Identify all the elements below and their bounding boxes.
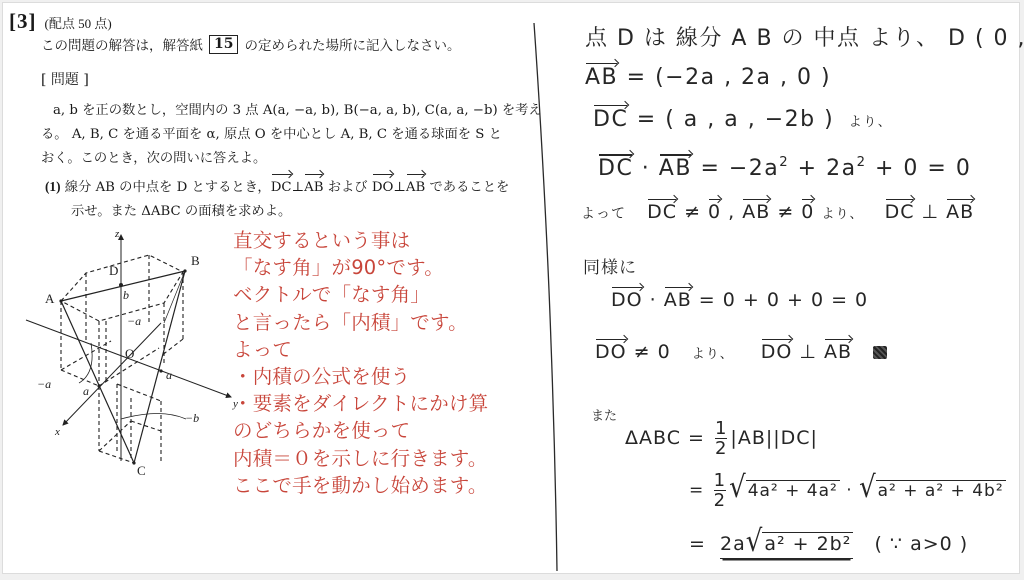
- denominator: 2: [715, 439, 727, 458]
- expr: = 0 + 0 + 0 = 0: [692, 289, 868, 311]
- magnitude-product: |AB||DC|: [730, 427, 818, 449]
- dot-symbol: ·: [643, 289, 664, 311]
- expr: + 0 = 0: [866, 156, 971, 181]
- equals: =: [689, 533, 706, 555]
- zero-vector: 0: [801, 201, 814, 223]
- sqrt-icon: √: [729, 470, 747, 505]
- instruction: この問題の解答は，解答紙 15 の定められた場所に記入しなさい。: [41, 34, 460, 54]
- numerator: 1: [715, 419, 727, 438]
- yori-label: より、: [821, 207, 863, 222]
- because-note: ( ∵ a>0 ): [874, 533, 968, 555]
- perp-symbol: ⊥: [792, 341, 824, 363]
- vector-ab: AB: [304, 176, 323, 200]
- sqrt-content: a² + a² + 4b²: [876, 480, 1006, 501]
- zero-vector: 0: [708, 201, 721, 223]
- commentary-line: よって: [233, 336, 553, 363]
- commentary-line: と言ったら「内積」です。: [233, 309, 553, 336]
- vector-ab: AB: [664, 289, 692, 311]
- label-neg-b: −b: [185, 411, 199, 425]
- points-label: (配点 50 点): [45, 13, 112, 32]
- commentary-line: 内積＝０を示しに行きます。: [233, 445, 553, 472]
- commentary-line: ・内積の公式を使う: [233, 363, 553, 390]
- question-label: (1): [45, 179, 61, 194]
- vector-do: DO: [611, 289, 643, 311]
- vector-value: = (−2a , 2a , 0 ): [618, 65, 831, 90]
- vector-do: DO: [595, 341, 627, 363]
- vector-ab: AB: [824, 341, 852, 363]
- perp-symbol: ⊥: [393, 180, 406, 195]
- vector-do: DO: [372, 176, 394, 200]
- dot-symbol: ·: [840, 481, 859, 501]
- expr: = −2a: [692, 156, 779, 181]
- vector-ab: AB: [406, 176, 425, 200]
- denominator: 2: [714, 491, 726, 510]
- question-text: であることを: [425, 180, 509, 195]
- perp-symbol: ⊥: [292, 180, 305, 195]
- solution-perp-do-ab: DO ≠ 0 より、 DO ⊥ AB: [595, 341, 887, 363]
- label-x: x: [54, 426, 60, 438]
- vector-value: = ( a , a , −2b ): [628, 107, 834, 132]
- vector-dc: DC: [593, 107, 628, 132]
- label-c-point: C: [137, 463, 146, 478]
- final-answer: 2a√a² + 2b²: [720, 533, 853, 559]
- comma: ,: [721, 201, 742, 223]
- answer-box-number: 15: [209, 35, 238, 54]
- sqrt-content: 4a² + 4a²: [746, 480, 840, 501]
- fraction-half: 12: [714, 471, 726, 510]
- area-lhs: ΔABC =: [625, 427, 712, 449]
- expr: + 2a: [789, 156, 856, 181]
- problem-paragraph: a, b を正の数とし，空間内の 3 点 A(a, −a, b), B(−a, …: [41, 99, 511, 171]
- commentary-line: 直交するという事は: [233, 227, 553, 254]
- 3d-coordinate-figure: z D B A b −a O a −a a y −b x C: [21, 223, 241, 479]
- mata-label: また: [591, 405, 617, 424]
- solution-dot-do-ab: DO · AB = 0 + 0 + 0 = 0: [611, 289, 868, 311]
- sqrt-icon: √: [859, 470, 877, 505]
- label-o: O: [125, 346, 134, 361]
- solution-area-line2: = 12√4a² + 4a² · √a² + a² + 4b²: [689, 471, 1006, 510]
- solution-line-midpoint: 点 D は 線分 A B の 中点 より、 D ( 0 , 0 , b ): [585, 21, 1024, 52]
- label-a-right: a: [166, 368, 172, 382]
- solution-nonzero-dc-ab: よって DC ≠ 0 , AB ≠ 0 より、 DC ⊥ AB: [581, 201, 974, 223]
- label-b: b: [123, 288, 129, 302]
- commentary-line: ベクトルで「なす角」: [233, 281, 553, 308]
- neq: ≠: [770, 201, 801, 223]
- vector-ab: AB: [585, 65, 618, 90]
- vector-ab: AB: [659, 156, 692, 181]
- label-z: z: [114, 228, 120, 240]
- neq-zero: ≠ 0: [627, 341, 671, 363]
- red-commentary: 直交するという事は 「なす角」が90°です。 ベクトルで「なす角」 と言ったら「…: [233, 227, 553, 499]
- numerator: 1: [714, 471, 726, 490]
- section-label: [ 問題 ]: [41, 69, 89, 89]
- commentary-line: ・要素をダイレクトにかけ算: [233, 390, 553, 417]
- label-neg-a-top: −a: [127, 314, 141, 328]
- paragraph-line: おく。このとき，次の問いに答えよ。: [41, 147, 511, 171]
- paragraph-line: a, b を正の数とし，空間内の 3 点 A(a, −a, b), B(−a, …: [41, 99, 511, 123]
- perp-symbol: ⊥: [914, 201, 946, 223]
- fraction-half: 12: [715, 419, 727, 458]
- question-text: および: [323, 180, 371, 195]
- vector-dc: DC: [647, 201, 677, 223]
- label-neg-a-left: −a: [37, 377, 51, 391]
- question-text: 線分 AB の中点を D とするとき，: [65, 180, 271, 195]
- question-1: (1) 線分 AB の中点を D とするとき，DC⊥AB および DO⊥AB で…: [45, 175, 515, 224]
- yori-label: より、: [692, 347, 734, 362]
- question-line-2: 示せ。また ΔABC の面積を求めよ。: [45, 200, 515, 224]
- label-a-point: A: [45, 291, 55, 306]
- page: [3] (配点 50 点) この問題の解答は，解答紙 15 の定められた場所に記…: [2, 2, 1020, 574]
- solution-area-final: = 2a√a² + 2b² ( ∵ a>0 ): [689, 527, 968, 557]
- vector-ab: AB: [742, 201, 770, 223]
- commentary-line: のどちらかを使って: [233, 417, 553, 444]
- commentary-line: ここで手を動かし始めます。: [233, 472, 553, 499]
- problem-header: [3] (配点 50 点): [9, 9, 112, 34]
- label-b-point: B: [191, 253, 200, 268]
- yotte-label: よって: [581, 206, 626, 222]
- label-d: D: [109, 263, 118, 278]
- solution-dot-dc-ab: DC · AB = −2a2 + 2a2 + 0 = 0: [598, 155, 971, 181]
- exponent: 2: [779, 155, 789, 170]
- exponent: 2: [857, 155, 867, 170]
- equals: =: [689, 481, 704, 501]
- yori-label: より、: [849, 115, 893, 130]
- paragraph-line: る。 A, B, C を通る平面を α, 原点 O を中心とし A, B, C …: [41, 123, 511, 147]
- solution-line-dc: DC = ( a , a , −2b ) より、: [593, 107, 892, 132]
- douyou-label: 同様に: [583, 253, 637, 278]
- solution-area-line1: ΔABC = 12|AB||DC|: [625, 419, 818, 458]
- vector-dc: DC: [271, 176, 292, 200]
- commentary-line: 「なす角」が90°です。: [233, 254, 553, 281]
- problem-number: [3]: [9, 9, 37, 34]
- sqrt-icon: √: [746, 525, 764, 560]
- label-a-left: a: [83, 384, 89, 398]
- vector-dc: DC: [598, 156, 633, 181]
- instruction-before: この問題の解答は，解答紙: [41, 34, 203, 54]
- sqrt-content: a² + 2b²: [762, 532, 853, 555]
- vector-dc: DC: [885, 201, 915, 223]
- qed-mark-icon: [873, 346, 887, 359]
- dot-symbol: ·: [633, 156, 658, 181]
- vector-do: DO: [761, 341, 793, 363]
- solution-line-ab: AB = (−2a , 2a , 0 ): [585, 65, 831, 90]
- instruction-after: の定められた場所に記入しなさい。: [244, 34, 460, 54]
- coefficient: 2a: [720, 533, 746, 555]
- vector-ab: AB: [946, 201, 974, 223]
- neq: ≠: [677, 201, 708, 223]
